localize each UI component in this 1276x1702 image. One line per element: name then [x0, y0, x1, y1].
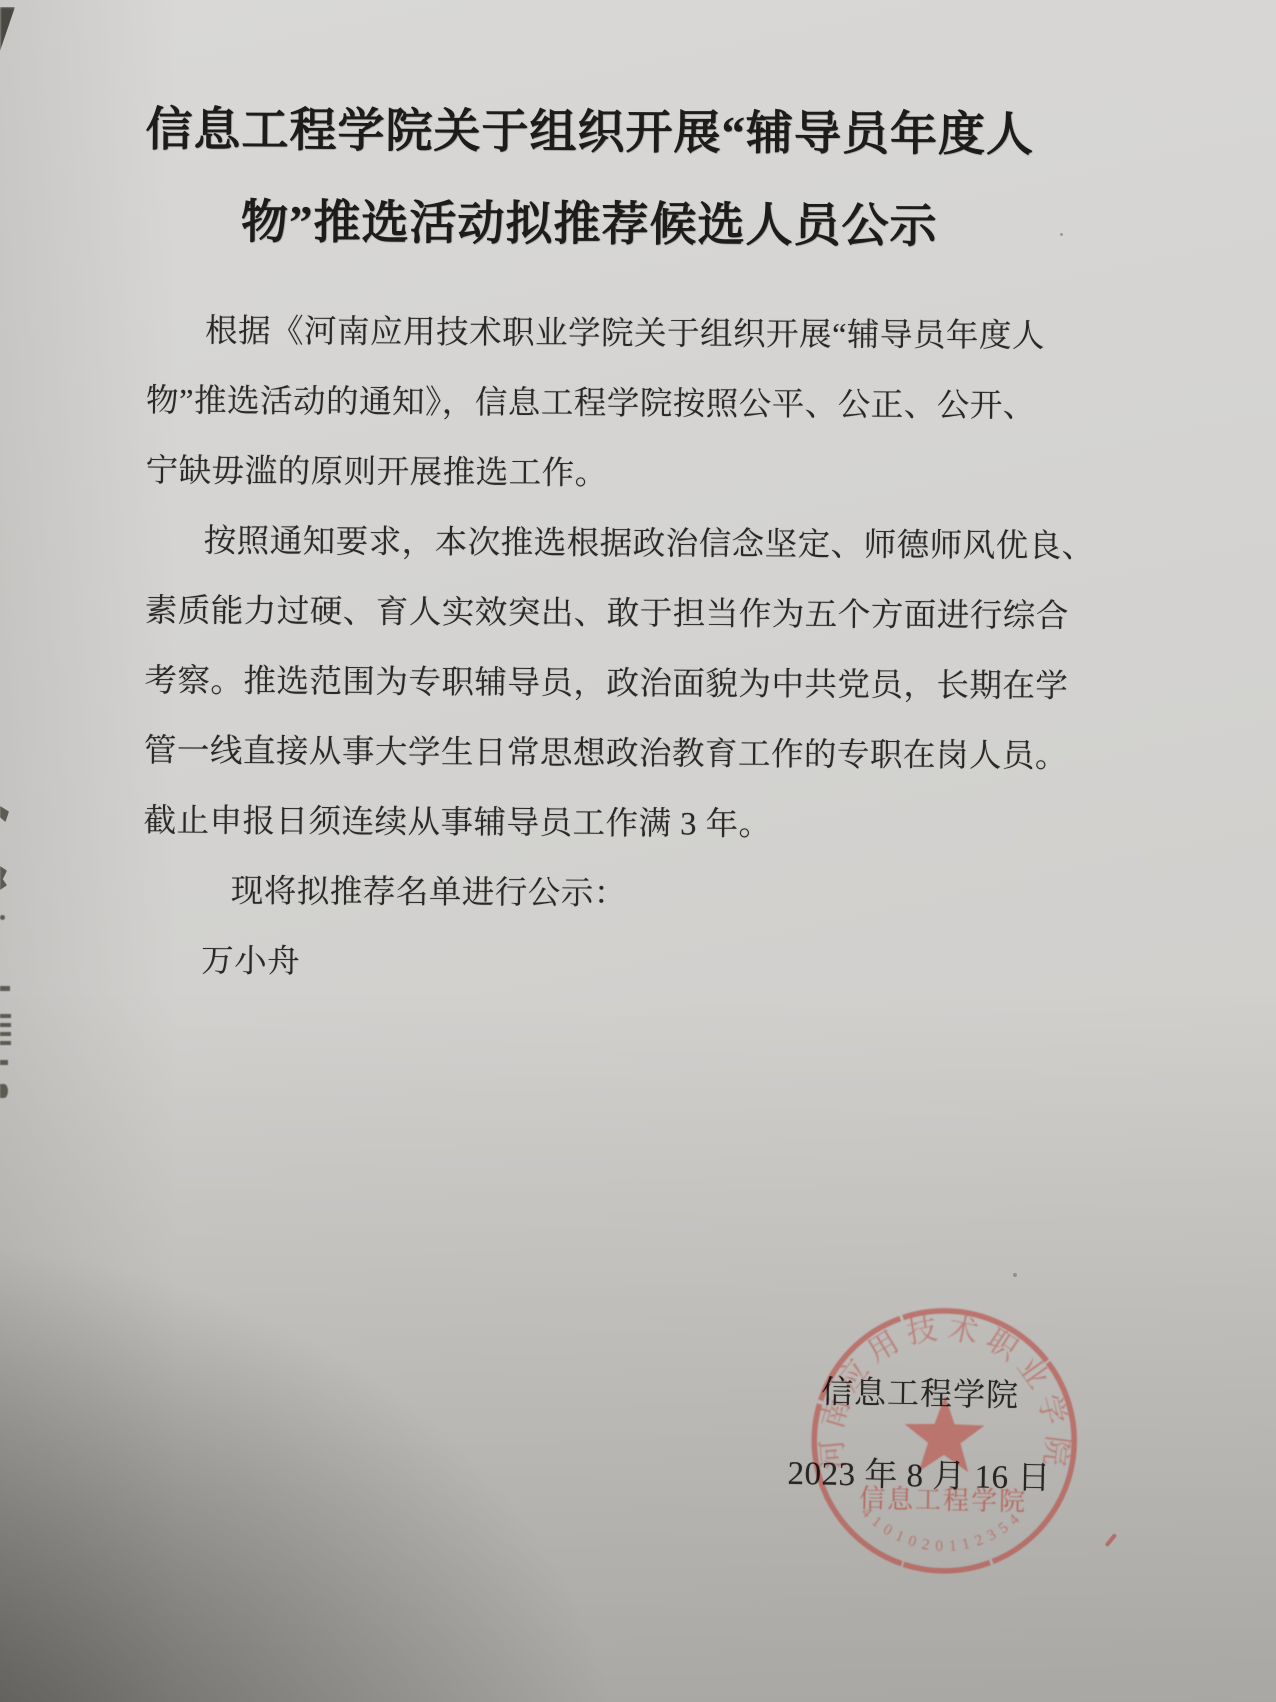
official-seal-stamp: 河南应用技术职业学院 信息工程学院 4101020112354	[791, 1288, 1097, 1594]
signature-block: 信息工程学院 2023 年 8 月 16 日 河南应用技术职业学院 信息工程学院…	[0, 0, 1276, 1702]
dust-speck	[1013, 1273, 1017, 1277]
underlying-page-fragment	[0, 915, 5, 920]
photographed-notice-page: { "notice": { "title_lines": [ "信息工程学院关于…	[0, 0, 1276, 1702]
star-icon	[904, 1395, 985, 1473]
stray-ink-mark	[1105, 1533, 1118, 1547]
stamp-org-name: 信息工程学院	[859, 1484, 1028, 1516]
dust-speck	[1060, 233, 1063, 236]
